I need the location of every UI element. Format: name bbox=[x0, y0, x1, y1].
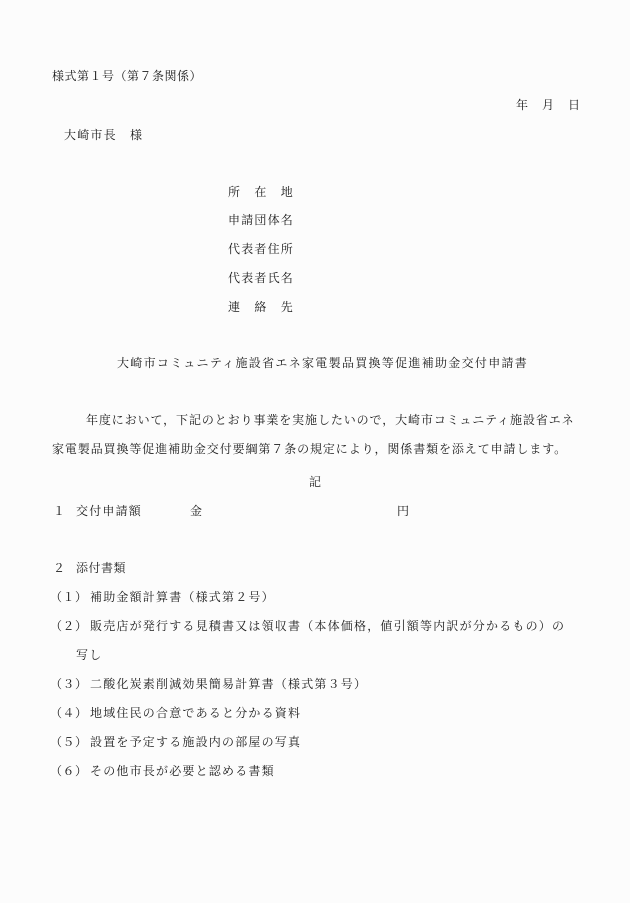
field-label-contact: 連 絡 先 bbox=[228, 300, 294, 314]
attachment-num-1: （１） bbox=[50, 590, 88, 604]
attachment-text-2: 販売店が発行する見積書又は領収書（本体価格，値引額等内訳が分かるもの）の bbox=[90, 619, 565, 633]
section1-amount-suffix: 円 bbox=[397, 504, 410, 518]
attachment-text-2-continuation: 写し bbox=[76, 648, 102, 662]
body-line-2: 家電製品買換等促進補助金交付要綱第７条の規定により，関係書類を添えて申請します。 bbox=[52, 442, 567, 456]
field-label-rep-name: 代表者氏名 bbox=[228, 271, 294, 285]
section1-number: １ bbox=[53, 504, 66, 518]
body-line-1: 年度において，下記のとおり事業を実施したいので，大崎市コミュニティ施設省エネ bbox=[86, 413, 575, 427]
field-label-organization: 申請団体名 bbox=[228, 213, 294, 227]
attachment-text-3: 二酸化炭素削減効果簡易計算書（様式第３号） bbox=[90, 677, 367, 691]
attachment-num-4: （４） bbox=[50, 706, 88, 720]
section2-label: 添付書類 bbox=[76, 561, 126, 575]
attachment-num-3: （３） bbox=[50, 677, 88, 691]
section1-amount-prefix: 金 bbox=[190, 504, 203, 518]
attachment-num-2: （２） bbox=[50, 619, 88, 633]
section2-number: ２ bbox=[53, 561, 66, 575]
section1-label: 交付申請額 bbox=[76, 504, 142, 518]
date-day-label: 日 bbox=[568, 98, 581, 112]
form-number: 様式第１号（第７条関係） bbox=[52, 69, 202, 83]
document-title: 大崎市コミュニティ施設省エネ家電製品買換等促進補助金交付申請書 bbox=[117, 356, 528, 370]
document-page: 様式第１号（第７条関係） 年 月 日 大崎市長 様 所 在 地 申請団体名 代表… bbox=[0, 0, 630, 903]
attachment-text-1: 補助金額計算書（様式第２号） bbox=[90, 590, 275, 604]
field-label-rep-address: 代表者住所 bbox=[228, 242, 294, 256]
date-month-label: 月 bbox=[542, 98, 555, 112]
field-label-location: 所 在 地 bbox=[228, 185, 294, 199]
attachment-text-4: 地域住民の合意であると分かる資料 bbox=[90, 706, 301, 720]
attachment-text-6: その他市長が必要と認める書類 bbox=[90, 764, 275, 778]
attachment-num-5: （５） bbox=[50, 735, 88, 749]
ki-heading: 記 bbox=[309, 475, 322, 489]
date-year-label: 年 bbox=[516, 98, 529, 112]
attachment-text-5: 設置を予定する施設内の部屋の写真 bbox=[90, 735, 301, 749]
addressee: 大崎市長 様 bbox=[64, 128, 143, 142]
attachment-num-6: （６） bbox=[50, 764, 88, 778]
